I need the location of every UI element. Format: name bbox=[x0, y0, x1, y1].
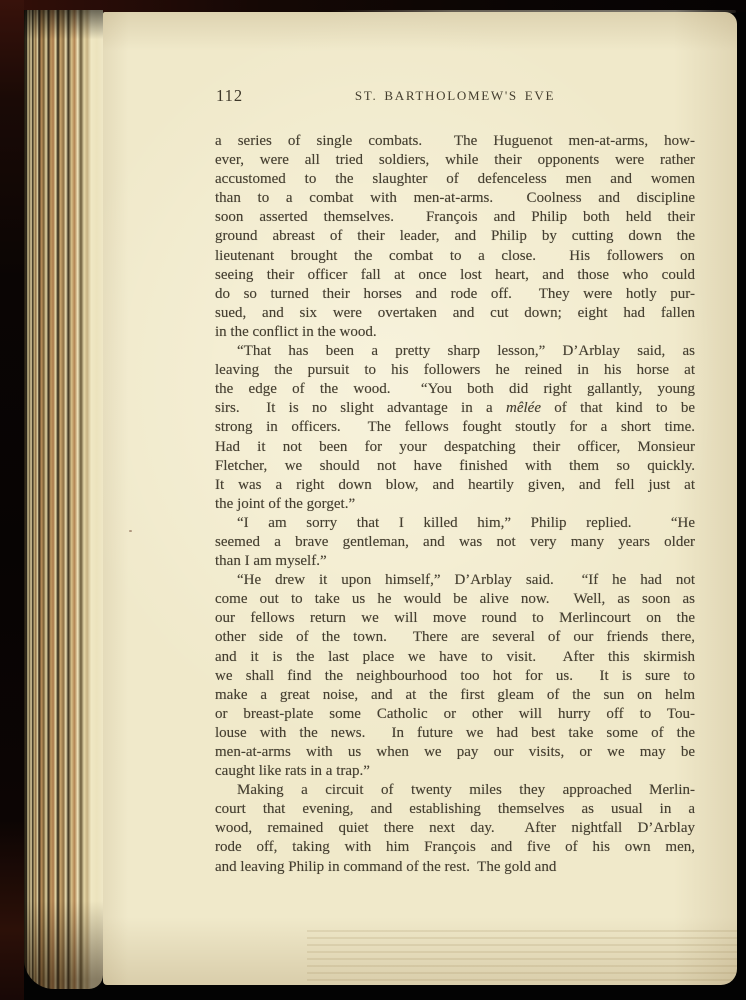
text-line: “I am sorry that I killed him,” Philip r… bbox=[215, 514, 695, 533]
text-line: rode off, taking with him François and f… bbox=[215, 838, 695, 857]
book-page-edges-stack bbox=[24, 10, 103, 989]
text-line: in the conflict in the wood. bbox=[215, 323, 695, 342]
text-line: Making a circuit of twenty miles they ap… bbox=[215, 781, 695, 800]
text-line: a series of single combats. The Huguenot… bbox=[215, 132, 695, 151]
text-line: the edge of the wood. “You both did righ… bbox=[215, 380, 695, 399]
text-line: soon asserted themselves. François and P… bbox=[215, 208, 695, 227]
paragraph: “He drew it upon himself,” D’Arblay said… bbox=[215, 571, 695, 781]
paragraph: Making a circuit of twenty miles they ap… bbox=[215, 781, 695, 876]
paragraph: “That has been a pretty sharp lesson,” D… bbox=[215, 342, 695, 514]
paragraph: “I am sorry that I killed him,” Philip r… bbox=[215, 514, 695, 571]
book-page: 112 ST. BARTHOLOMEW'S EVE a series of si… bbox=[103, 12, 737, 985]
text-line: “He drew it upon himself,” D’Arblay said… bbox=[215, 571, 695, 590]
text-line: lieutenant brought the combat to a close… bbox=[215, 247, 695, 266]
page-header: 112 ST. BARTHOLOMEW'S EVE bbox=[215, 86, 695, 108]
text-line: sued, and six were overtaken and cut dow… bbox=[215, 304, 695, 323]
text-column: 112 ST. BARTHOLOMEW'S EVE a series of si… bbox=[215, 12, 695, 985]
text-line: wood, remained quiet there next day. Aft… bbox=[215, 819, 695, 838]
text-line: Fletcher, we should not have finished wi… bbox=[215, 457, 695, 476]
running-title: ST. BARTHOLOMEW'S EVE bbox=[215, 88, 695, 104]
book-cover-left-edge bbox=[0, 0, 24, 1000]
text-line: court that evening, and establishing the… bbox=[215, 800, 695, 819]
text-line: It was a right down blow, and heartily g… bbox=[215, 476, 695, 495]
text-line: than I am myself.” bbox=[215, 552, 695, 571]
text-line: come out to take us he would be alive no… bbox=[215, 590, 695, 609]
text-line: Had it not been for your despatching the… bbox=[215, 438, 695, 457]
text-line: or breast-plate some Catholic or other w… bbox=[215, 705, 695, 724]
text-line: caught like rats in a trap.” bbox=[215, 762, 695, 781]
text-line: the joint of the gorget.” bbox=[215, 495, 695, 514]
text-line: “That has been a pretty sharp lesson,” D… bbox=[215, 342, 695, 361]
paragraph: a series of single combats. The Huguenot… bbox=[215, 132, 695, 342]
text-line: other side of the town. There are severa… bbox=[215, 628, 695, 647]
text-line: make a great noise, and at the first gle… bbox=[215, 686, 695, 705]
text-line: than to a combat with men-at-arms. Cooln… bbox=[215, 189, 695, 208]
text-line: ever, were all tried soldiers, while the… bbox=[215, 151, 695, 170]
text-line: accustomed to the slaughter of defencele… bbox=[215, 170, 695, 189]
text-line: and leaving Philip in command of the res… bbox=[215, 858, 695, 877]
text-line: do so turned their horses and rode off. … bbox=[215, 285, 695, 304]
page-body: a series of single combats. The Huguenot… bbox=[215, 132, 695, 877]
text-line: men-at-arms with us when we pay our visi… bbox=[215, 743, 695, 762]
paper-speck bbox=[129, 530, 132, 532]
text-line: our fellows return we will move round to… bbox=[215, 609, 695, 628]
text-line: seemed a brave gentleman, and was not ve… bbox=[215, 533, 695, 552]
text-line: ground abreast of their leader, and Phil… bbox=[215, 227, 695, 246]
text-line: leaving the pursuit to his followers he … bbox=[215, 361, 695, 380]
text-line: and it is the last place we have to visi… bbox=[215, 648, 695, 667]
book-scan: 112 ST. BARTHOLOMEW'S EVE a series of si… bbox=[0, 0, 746, 1000]
text-line: sirs. It is no slight advantage in a mêl… bbox=[215, 399, 695, 418]
text-line: seeing their officer fall at once lost h… bbox=[215, 266, 695, 285]
text-line: louse with the news. In future we had be… bbox=[215, 724, 695, 743]
text-line: strong in officers. The fellows fought s… bbox=[215, 418, 695, 437]
text-line: we shall find the neighbourhood too hot … bbox=[215, 667, 695, 686]
